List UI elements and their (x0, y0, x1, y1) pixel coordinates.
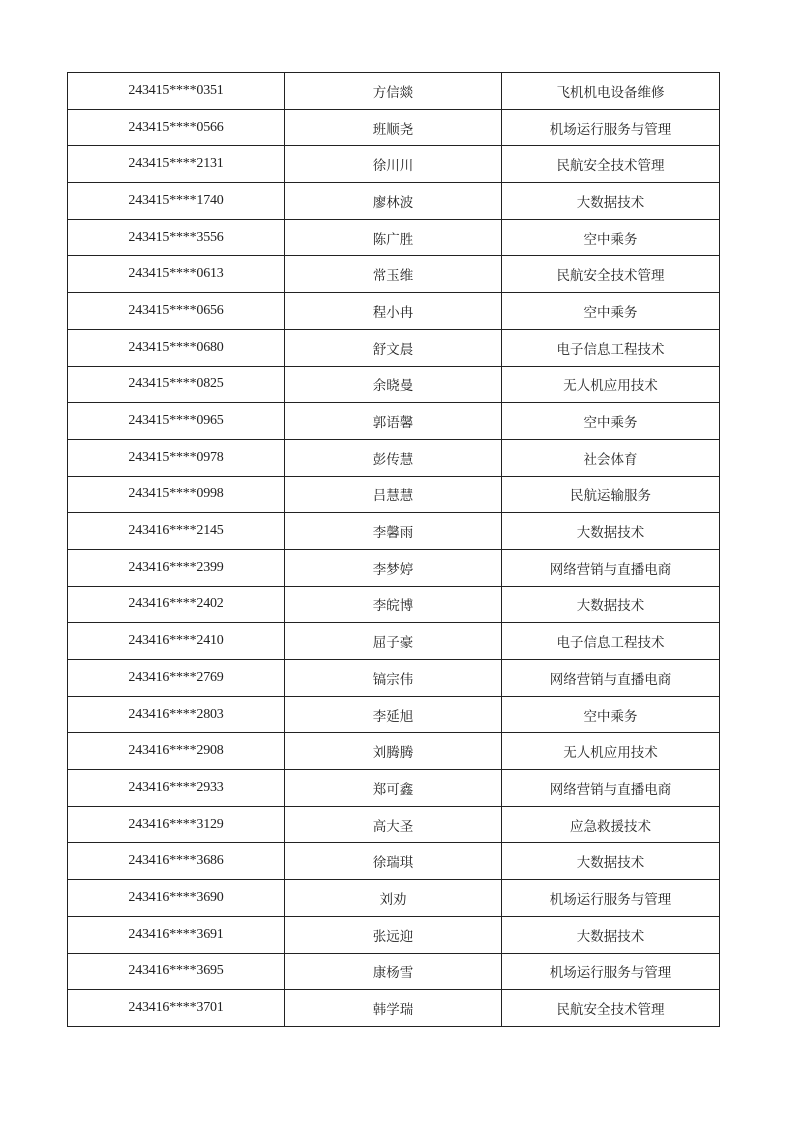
student-id-cell: 243416****3695 (68, 953, 285, 990)
table-row: 243416****3686徐瑞琪大数据技术 (68, 843, 720, 880)
table-row: 243416****3690刘劝机场运行服务与管理 (68, 880, 720, 917)
major-cell: 大数据技术 (502, 843, 720, 880)
table-row: 243416****3129高大圣应急救援技术 (68, 806, 720, 843)
student-id-cell: 243416****2933 (68, 770, 285, 807)
major-cell: 大数据技术 (502, 513, 720, 550)
student-name-cell: 高大圣 (285, 806, 502, 843)
table-row: 243416****3701韩学瑞民航安全技术管理 (68, 990, 720, 1027)
student-id-cell: 243415****3556 (68, 219, 285, 256)
student-name-cell: 舒文晨 (285, 329, 502, 366)
table-row: 243415****0351方信燚飞机机电设备维修 (68, 73, 720, 110)
student-id-cell: 243416****2803 (68, 696, 285, 733)
student-name-cell: 刘腾腾 (285, 733, 502, 770)
student-name-cell: 徐瑞琪 (285, 843, 502, 880)
student-id-cell: 243415****0613 (68, 256, 285, 293)
major-cell: 电子信息工程技术 (502, 329, 720, 366)
table-body: 243415****0351方信燚飞机机电设备维修243415****0566班… (68, 73, 720, 1027)
student-name-cell: 班顺尧 (285, 109, 502, 146)
table-row: 243415****2131徐川川民航安全技术管理 (68, 146, 720, 183)
student-name-cell: 郭语馨 (285, 403, 502, 440)
table-row: 243415****0613常玉维民航安全技术管理 (68, 256, 720, 293)
major-cell: 网络营销与直播电商 (502, 660, 720, 697)
student-name-cell: 常玉维 (285, 256, 502, 293)
student-id-cell: 243416****2769 (68, 660, 285, 697)
table-row: 243416****3695康杨雪机场运行服务与管理 (68, 953, 720, 990)
table-row: 243416****2145李馨雨大数据技术 (68, 513, 720, 550)
student-id-cell: 243415****0965 (68, 403, 285, 440)
major-cell: 网络营销与直播电商 (502, 549, 720, 586)
major-cell: 电子信息工程技术 (502, 623, 720, 660)
student-name-cell: 李皖博 (285, 586, 502, 623)
major-cell: 大数据技术 (502, 586, 720, 623)
student-id-cell: 243415****0566 (68, 109, 285, 146)
table-row: 243416****2769镐宗伟网络营销与直播电商 (68, 660, 720, 697)
student-name-cell: 镐宗伟 (285, 660, 502, 697)
table-row: 243415****0998吕慧慧民航运输服务 (68, 476, 720, 513)
major-cell: 空中乘务 (502, 293, 720, 330)
student-name-cell: 郑可鑫 (285, 770, 502, 807)
major-cell: 机场运行服务与管理 (502, 109, 720, 146)
student-id-cell: 243416****2399 (68, 549, 285, 586)
student-id-cell: 243416****3691 (68, 916, 285, 953)
table-row: 243415****3556陈广胜空中乘务 (68, 219, 720, 256)
table-row: 243415****0978彭传慧社会体育 (68, 439, 720, 476)
student-id-cell: 243415****2131 (68, 146, 285, 183)
table-row: 243415****0825余晓曼无人机应用技术 (68, 366, 720, 403)
table-row: 243416****2399李梦婷网络营销与直播电商 (68, 549, 720, 586)
student-name-cell: 李馨雨 (285, 513, 502, 550)
student-id-cell: 243415****0351 (68, 73, 285, 110)
table-row: 243415****0656程小冉空中乘务 (68, 293, 720, 330)
major-cell: 机场运行服务与管理 (502, 953, 720, 990)
student-id-cell: 243416****2410 (68, 623, 285, 660)
student-name-cell: 方信燚 (285, 73, 502, 110)
student-name-cell: 康杨雪 (285, 953, 502, 990)
student-name-cell: 张远迎 (285, 916, 502, 953)
major-cell: 大数据技术 (502, 183, 720, 220)
table-row: 243416****2803李延旭空中乘务 (68, 696, 720, 733)
table-row: 243415****1740廖林波大数据技术 (68, 183, 720, 220)
student-name-cell: 吕慧慧 (285, 476, 502, 513)
major-cell: 民航安全技术管理 (502, 990, 720, 1027)
student-name-cell: 彭传慧 (285, 439, 502, 476)
student-name-cell: 李延旭 (285, 696, 502, 733)
student-id-cell: 243415****1740 (68, 183, 285, 220)
student-name-cell: 屈子豪 (285, 623, 502, 660)
student-name-cell: 李梦婷 (285, 549, 502, 586)
student-name-cell: 刘劝 (285, 880, 502, 917)
major-cell: 无人机应用技术 (502, 366, 720, 403)
student-id-cell: 243415****0825 (68, 366, 285, 403)
student-id-cell: 243416****2145 (68, 513, 285, 550)
table-row: 243416****2908刘腾腾无人机应用技术 (68, 733, 720, 770)
student-id-cell: 243415****0680 (68, 329, 285, 366)
table-row: 243415****0965郭语馨空中乘务 (68, 403, 720, 440)
table-row: 243415****0566班顺尧机场运行服务与管理 (68, 109, 720, 146)
student-name-cell: 程小冉 (285, 293, 502, 330)
major-cell: 民航安全技术管理 (502, 146, 720, 183)
table-row: 243416****3691张远迎大数据技术 (68, 916, 720, 953)
student-list-table: 243415****0351方信燚飞机机电设备维修243415****0566班… (67, 72, 720, 1027)
table-row: 243416****2402李皖博大数据技术 (68, 586, 720, 623)
table-row: 243416****2410屈子豪电子信息工程技术 (68, 623, 720, 660)
table-row: 243416****2933郑可鑫网络营销与直播电商 (68, 770, 720, 807)
student-name-cell: 徐川川 (285, 146, 502, 183)
student-id-cell: 243416****2402 (68, 586, 285, 623)
major-cell: 飞机机电设备维修 (502, 73, 720, 110)
student-name-cell: 韩学瑞 (285, 990, 502, 1027)
major-cell: 应急救援技术 (502, 806, 720, 843)
major-cell: 无人机应用技术 (502, 733, 720, 770)
student-id-cell: 243415****0656 (68, 293, 285, 330)
table-row: 243415****0680舒文晨电子信息工程技术 (68, 329, 720, 366)
student-id-cell: 243416****3701 (68, 990, 285, 1027)
major-cell: 空中乘务 (502, 403, 720, 440)
major-cell: 民航安全技术管理 (502, 256, 720, 293)
major-cell: 大数据技术 (502, 916, 720, 953)
student-name-cell: 余晓曼 (285, 366, 502, 403)
major-cell: 空中乘务 (502, 219, 720, 256)
major-cell: 空中乘务 (502, 696, 720, 733)
student-id-cell: 243416****3129 (68, 806, 285, 843)
major-cell: 网络营销与直播电商 (502, 770, 720, 807)
student-id-cell: 243415****0978 (68, 439, 285, 476)
student-id-cell: 243416****3686 (68, 843, 285, 880)
student-id-cell: 243416****3690 (68, 880, 285, 917)
major-cell: 民航运输服务 (502, 476, 720, 513)
major-cell: 社会体育 (502, 439, 720, 476)
student-name-cell: 陈广胜 (285, 219, 502, 256)
student-id-cell: 243415****0998 (68, 476, 285, 513)
student-id-cell: 243416****2908 (68, 733, 285, 770)
major-cell: 机场运行服务与管理 (502, 880, 720, 917)
student-name-cell: 廖林波 (285, 183, 502, 220)
